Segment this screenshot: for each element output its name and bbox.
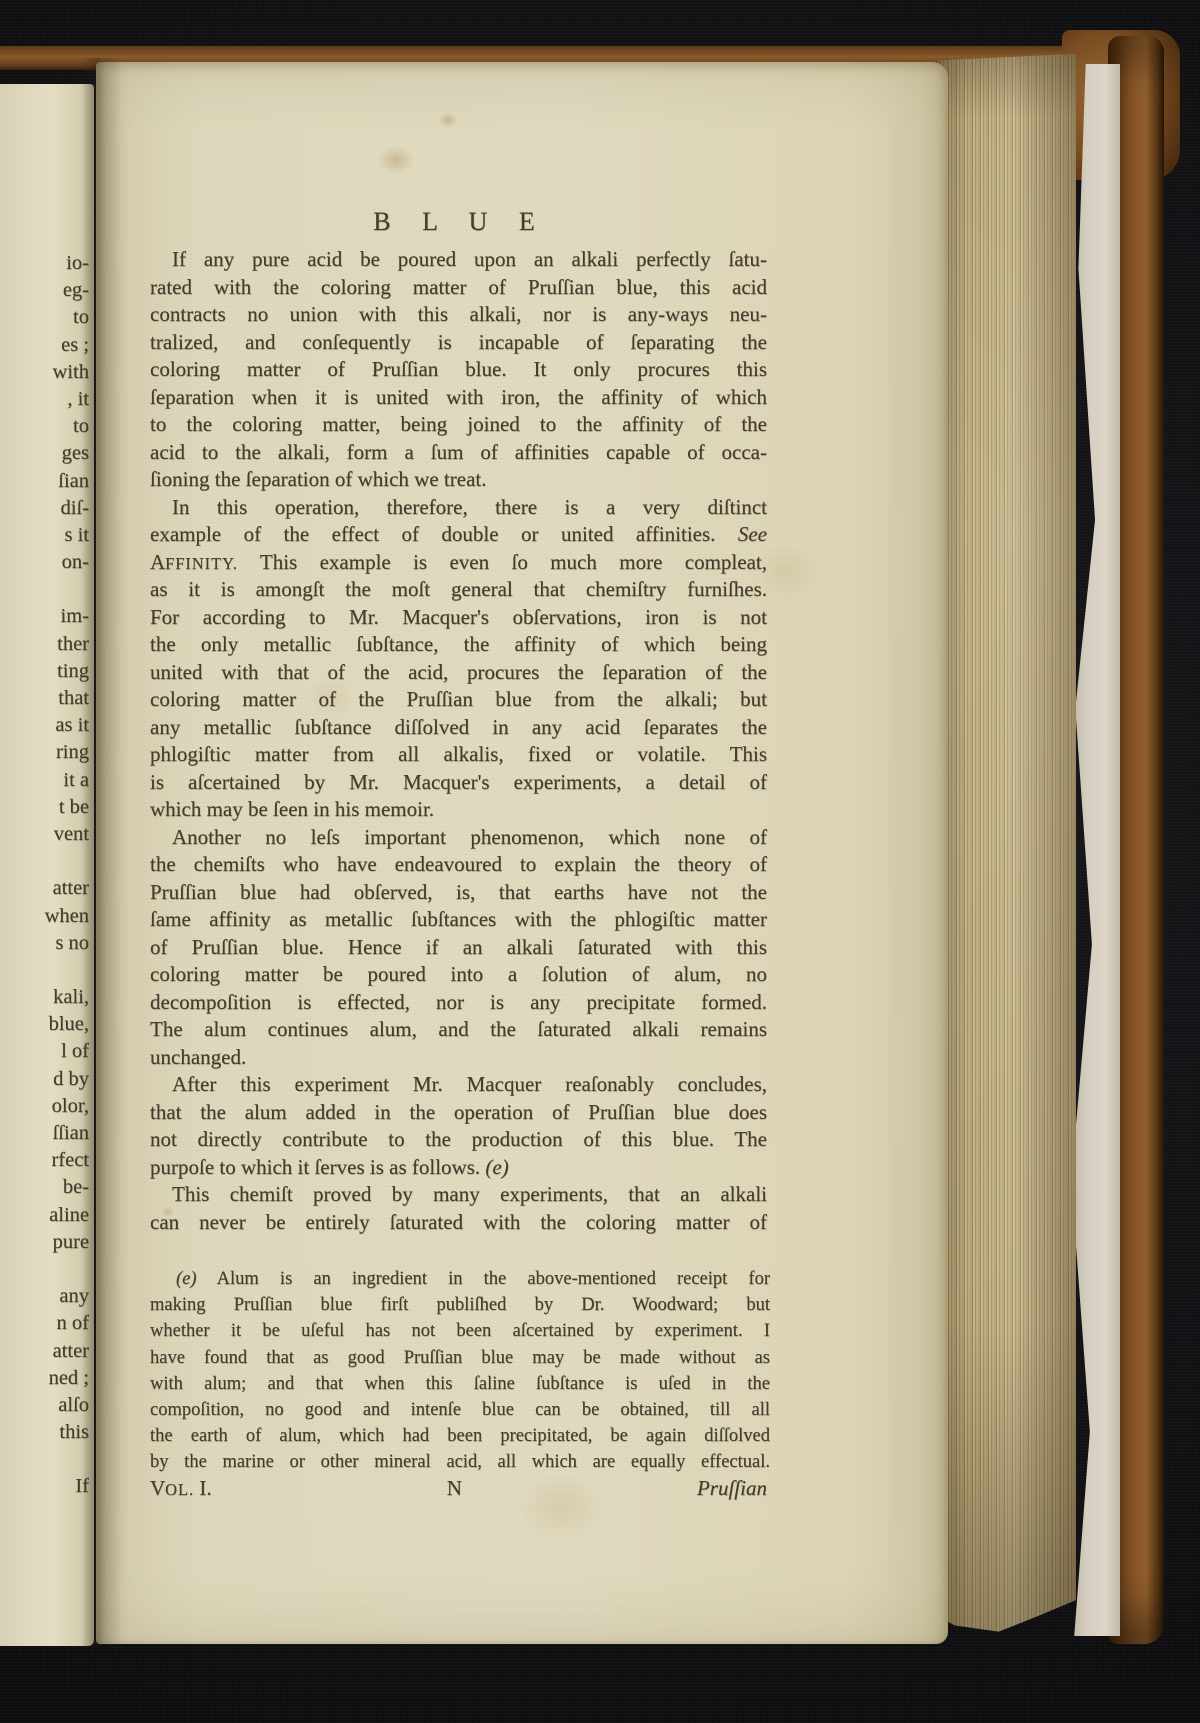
left-page-text-fragment: ther bbox=[0, 631, 89, 658]
page-block-fore-edge bbox=[938, 54, 1076, 1638]
left-page-text-fragment: ſian bbox=[0, 468, 89, 495]
text-line: of Pruſſian blue. Hence if an alkali ſat… bbox=[150, 934, 767, 962]
text-line: the only metallic ſubſtance, the affinit… bbox=[150, 631, 767, 659]
text-line: rated with the coloring matter of Pruſſi… bbox=[150, 274, 767, 302]
left-page-text-fragment bbox=[0, 1256, 89, 1283]
left-page-text-fragment: when bbox=[0, 903, 89, 930]
left-page-text-fragment bbox=[0, 848, 89, 875]
left-page-text-fragment: olor, bbox=[0, 1093, 89, 1120]
text-line: whether it be uſeful has not been aſcert… bbox=[150, 1318, 770, 1344]
left-page-text-fragment: l of bbox=[0, 1038, 89, 1065]
text-line: that the alum added in the operation of … bbox=[150, 1099, 767, 1127]
left-page-text-fragment: io- bbox=[0, 250, 89, 277]
text-line: the chemiſts who have endeavoured to exp… bbox=[150, 851, 767, 879]
text-line: is aſcertained by Mr. Macquer's experime… bbox=[150, 769, 767, 797]
left-page-text-fragment: t be bbox=[0, 794, 89, 821]
text-line: Another no leſs important phenomenon, wh… bbox=[150, 824, 767, 852]
text-line: unchanged. bbox=[150, 1044, 767, 1072]
text-line: can never be entirely ſaturated with the… bbox=[150, 1209, 767, 1237]
text-line: (e) Alum is an ingredient in the above-m… bbox=[150, 1266, 770, 1292]
left-page-text-fragment: ting bbox=[0, 658, 89, 685]
text-line: coloring matter be poured into a ſolutio… bbox=[150, 961, 767, 989]
body-text: If any pure acid be poured upon an alkal… bbox=[150, 246, 767, 1236]
signature-mark: N bbox=[447, 1476, 462, 1501]
text-line: purpoſe to which it ſerves is as follows… bbox=[150, 1154, 767, 1182]
left-page-text-fragment: ring bbox=[0, 739, 89, 766]
text-line: example of the effect of double or unite… bbox=[150, 521, 767, 549]
text-line: After this experiment Mr. Macquer reaſon… bbox=[150, 1071, 767, 1099]
left-page-text-fragment: rfect bbox=[0, 1147, 89, 1174]
text-line: compoſition, no good and intenſe blue ca… bbox=[150, 1397, 770, 1423]
facing-page-text-fragments: io-eg-toes ;with, ittogesſiandiſ-s iton-… bbox=[0, 84, 94, 1646]
italic-text: See bbox=[738, 522, 767, 546]
text-line: phlogiſtic matter from all alkalis, fixe… bbox=[150, 741, 767, 769]
text-line: decompoſition is effected, nor is any pr… bbox=[150, 989, 767, 1017]
left-page-text-fragment: that bbox=[0, 685, 89, 712]
text-line: not directly contribute to the productio… bbox=[150, 1126, 767, 1154]
left-page-text-fragment: as it bbox=[0, 712, 89, 739]
text-line: contracts no union with this alkali, nor… bbox=[150, 301, 767, 329]
left-page-text-fragment: , it bbox=[0, 386, 89, 413]
text-line: any metallic ſubſtance diſſolved in any … bbox=[150, 714, 767, 742]
left-page-text-fragment: to bbox=[0, 413, 89, 440]
left-page-text-fragment: atter bbox=[0, 1338, 89, 1365]
left-page-text-fragment: it a bbox=[0, 767, 89, 794]
page-heading: B L U E bbox=[150, 207, 767, 237]
left-page-text-fragment: ges bbox=[0, 440, 89, 467]
left-page-text-fragment: ned ; bbox=[0, 1365, 89, 1392]
text-line: ſame affinity as metallic ſubſtances wit… bbox=[150, 906, 767, 934]
text-line: tralized, and conſequently is incapable … bbox=[150, 329, 767, 357]
text-line: united with that of the acid, procures t… bbox=[150, 659, 767, 687]
left-page-text-fragment: on- bbox=[0, 549, 89, 576]
left-page-text-fragment bbox=[0, 957, 89, 984]
text-line: as it is amongſt the moſt general that c… bbox=[150, 576, 767, 604]
left-page-text-fragment: vent bbox=[0, 821, 89, 848]
page-footer: VOL. I. N Pruſſian bbox=[150, 1476, 767, 1501]
volume-label: VOL. I. bbox=[150, 1476, 212, 1501]
italic-text: (e) bbox=[485, 1155, 508, 1179]
left-page-text-fragment: es ; bbox=[0, 332, 89, 359]
text-line: with alum; and that when this ſaline ſub… bbox=[150, 1371, 770, 1397]
book-page: B L U E If any pure acid be poured upon … bbox=[96, 62, 948, 1644]
left-page-text-fragment: pure bbox=[0, 1229, 89, 1256]
italic-text: (e) bbox=[176, 1269, 197, 1289]
left-page-text-fragment: blue, bbox=[0, 1011, 89, 1038]
text-line: Pruſſian blue had obſerved, is, that ear… bbox=[150, 879, 767, 907]
text-line: For according to Mr. Macquer's obſervati… bbox=[150, 604, 767, 632]
text-line: coloring matter of Pruſſian blue. It onl… bbox=[150, 356, 767, 384]
text-line: coloring matter of the Pruſſian blue fro… bbox=[150, 686, 767, 714]
text-line: ſioning the ſeparation of which we treat… bbox=[150, 466, 767, 494]
left-page-text-fragment: this bbox=[0, 1419, 89, 1446]
left-page-text-fragment: diſ- bbox=[0, 495, 89, 522]
smallcaps-text: OL. bbox=[165, 1480, 194, 1499]
text-line: acid to the alkali, form a ſum of affini… bbox=[150, 439, 767, 467]
text-line: the earth of alum, which had been precip… bbox=[150, 1423, 770, 1449]
left-page-text-fragment: s it bbox=[0, 522, 89, 549]
left-page-text-fragment: aline bbox=[0, 1202, 89, 1229]
left-page-text-fragment: kali, bbox=[0, 984, 89, 1011]
left-page-text-fragment: im- bbox=[0, 603, 89, 630]
text-line: by the marine or other mineral acid, all… bbox=[150, 1449, 770, 1475]
text-line: to the coloring matter, being joined to … bbox=[150, 411, 767, 439]
left-page-text-fragment: alſo bbox=[0, 1392, 89, 1419]
facing-page-partial: io-eg-toes ;with, ittogesſiandiſ-s iton-… bbox=[0, 84, 94, 1646]
left-page-text-fragment: If bbox=[0, 1473, 89, 1500]
footnote-text: (e) Alum is an ingredient in the above-m… bbox=[150, 1266, 770, 1476]
text-line: This chemiſt proved by many experiments,… bbox=[150, 1181, 767, 1209]
left-page-text-fragment: d by bbox=[0, 1066, 89, 1093]
left-page-text-fragment: be- bbox=[0, 1174, 89, 1201]
left-page-text-fragment: to bbox=[0, 304, 89, 331]
text-line: The alum continues alum, and the ſaturat… bbox=[150, 1016, 767, 1044]
text-line: ſeparation when it is united with iron, … bbox=[150, 384, 767, 412]
text-line: If any pure acid be poured upon an alkal… bbox=[150, 246, 767, 274]
left-page-text-fragment: atter bbox=[0, 875, 89, 902]
smallcaps-text: FFINITY. bbox=[165, 554, 238, 573]
left-page-text-fragment bbox=[0, 576, 89, 603]
text-line: making Pruſſian blue firſt publiſhed by … bbox=[150, 1292, 770, 1318]
text-line: In this operation, therefore, there is a… bbox=[150, 494, 767, 522]
text-line: AFFINITY. This example is even ſo much m… bbox=[150, 549, 767, 577]
left-page-text-fragment: n of bbox=[0, 1310, 89, 1337]
left-page-text-fragment: with bbox=[0, 359, 89, 386]
left-page-text-fragment: s no bbox=[0, 930, 89, 957]
left-page-text-fragment bbox=[0, 1446, 89, 1473]
left-page-text-fragment: eg- bbox=[0, 277, 89, 304]
left-page-text-fragment: any bbox=[0, 1283, 89, 1310]
text-line: have found that as good Pruſſian blue ma… bbox=[150, 1345, 770, 1371]
text-line: which may be ſeen in his memoir. bbox=[150, 796, 767, 824]
catchword: Pruſſian bbox=[697, 1476, 767, 1501]
left-page-text-fragment: ſſian bbox=[0, 1120, 89, 1147]
